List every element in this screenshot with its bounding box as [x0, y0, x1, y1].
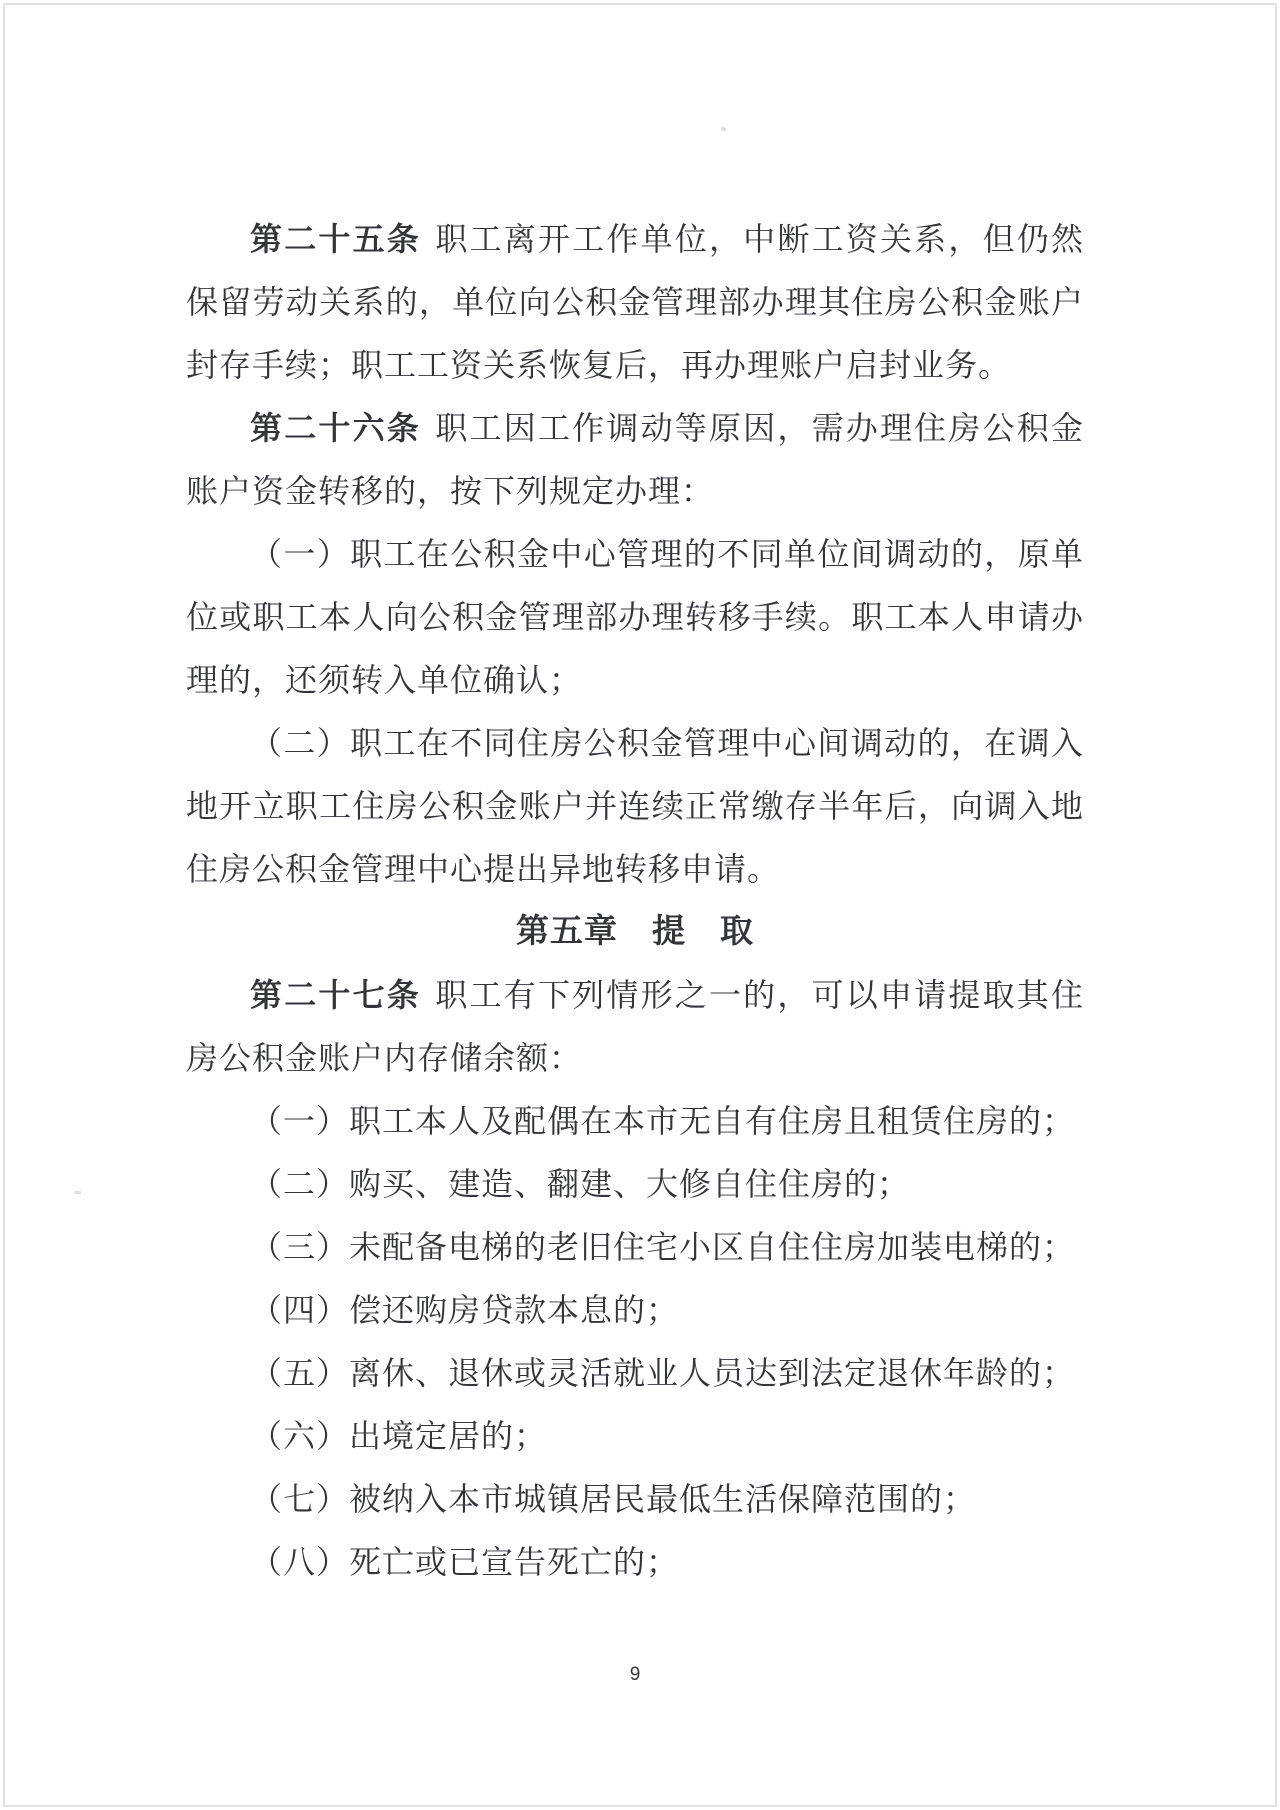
article-27-paragraph: 第二十七条职工有下列情形之一的，可以申请提取其住房公积金账户内存储余额： [186, 964, 1084, 1090]
article-27-item-5: （五）离休、退休或灵活就业人员达到法定退休年龄的； [186, 1342, 1084, 1405]
article-27-item-3: （三）未配备电梯的老旧住宅小区自住住房加装电梯的； [186, 1216, 1084, 1279]
article-27-item-5-text: （五）离休、退休或灵活就业人员达到法定退休年龄的； [250, 1355, 1075, 1391]
article-27-item-3-text: （三）未配备电梯的老旧住宅小区自住住房加装电梯的； [250, 1229, 1075, 1265]
article-26-paragraph: 第二十六条职工因工作调动等原因，需办理住房公积金账户资金转移的，按下列规定办理： [186, 397, 1084, 523]
article-27-item-8: （八）死亡或已宣告死亡的； [186, 1531, 1084, 1594]
article-27-item-1-text: （一）职工本人及配偶在本市无自有住房且租赁住房的； [250, 1103, 1075, 1139]
article-27-item-7: （七）被纳入本市城镇居民最低生活保障范围的； [186, 1468, 1084, 1531]
article-27-item-4-text: （四）偿还购房贷款本息的； [250, 1292, 679, 1328]
document-body: 第二十五条职工离开工作单位，中断工资关系，但仍然保留劳动关系的，单位向公积金管理… [186, 208, 1084, 1594]
article-25-paragraph: 第二十五条职工离开工作单位，中断工资关系，但仍然保留劳动关系的，单位向公积金管理… [186, 208, 1084, 397]
article-25-number: 第二十五条 [250, 221, 421, 257]
article-27-item-2: （二）购买、建造、翻建、大修自住住房的； [186, 1153, 1084, 1216]
article-26-item-1: （一）职工在公积金中心管理的不同单位间调动的，原单位或职工本人向公积金管理部办理… [186, 523, 1084, 712]
article-27-item-6: （六）出境定居的； [186, 1405, 1084, 1468]
article-27-item-7-text: （七）被纳入本市城镇居民最低生活保障范围的； [250, 1481, 976, 1517]
article-27-item-8-text: （八）死亡或已宣告死亡的； [250, 1544, 679, 1580]
article-26-item-2: （二）职工在不同住房公积金管理中心间调动的，在调入地开立职工住房公积金账户并连续… [186, 712, 1084, 901]
article-26-item-2-text: （二）职工在不同住房公积金管理中心间调动的，在调入地开立职工住房公积金账户并连续… [186, 725, 1084, 887]
scan-speck [721, 127, 726, 131]
article-26-number: 第二十六条 [250, 410, 421, 446]
article-27-number: 第二十七条 [250, 977, 421, 1013]
article-27-item-4: （四）偿还购房贷款本息的； [186, 1279, 1084, 1342]
article-27-item-2-text: （二）购买、建造、翻建、大修自住住房的； [250, 1166, 910, 1202]
scanned-document-page: { "document": { "paragraphs": [ { "term"… [0, 0, 1280, 1810]
chapter-5-heading: 第五章 提 取 [186, 901, 1084, 964]
article-27-item-1: （一）职工本人及配偶在本市无自有住房且租赁住房的； [186, 1090, 1084, 1153]
article-27-item-6-text: （六）出境定居的； [250, 1418, 547, 1454]
scan-speck [74, 1191, 81, 1194]
article-26-item-1-text: （一）职工在公积金中心管理的不同单位间调动的，原单位或职工本人向公积金管理部办理… [186, 536, 1084, 698]
page-number: 9 [186, 1664, 1084, 1686]
